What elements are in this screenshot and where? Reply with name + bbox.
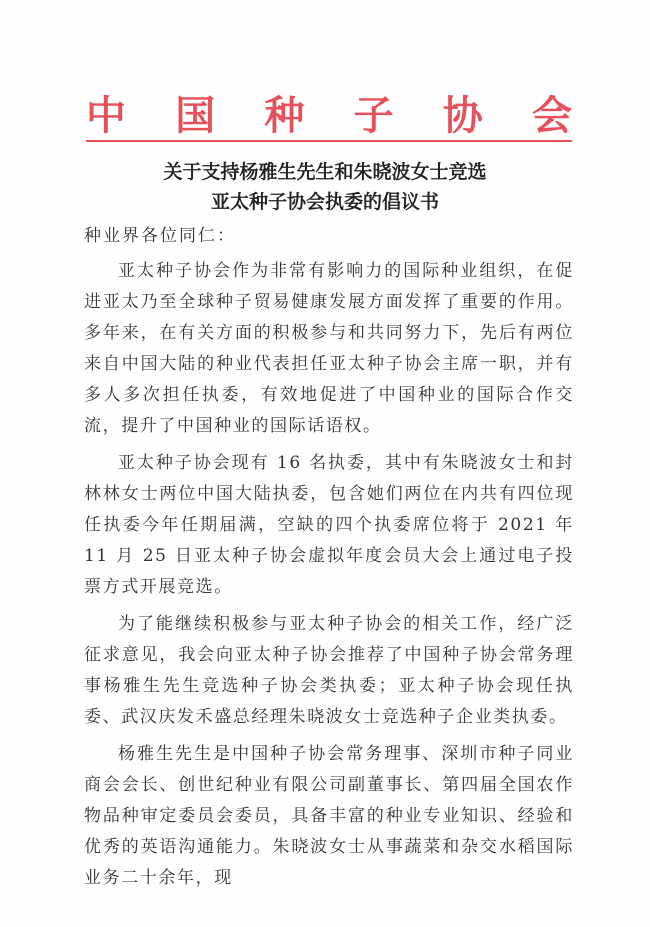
salutation: 种业界各位同仁： <box>84 224 236 248</box>
document-title-line-2: 亚太种子协会执委的倡议书 <box>0 190 650 214</box>
letterhead-char: 会 <box>532 92 572 140</box>
body-paragraph-1: 亚太种子协会作为非常有影响力的国际种业组织，在促进亚太乃至全球种子贸易健康发展方… <box>84 256 574 442</box>
letterhead-char: 协 <box>443 92 483 140</box>
letterhead-divider <box>86 140 572 142</box>
letterhead-char: 种 <box>264 92 304 140</box>
document-body: 亚太种子协会作为非常有影响力的国际种业组织，在促进亚太乃至全球种子贸易健康发展方… <box>84 256 574 900</box>
letterhead-char: 子 <box>354 92 394 140</box>
letterhead-title: 中 国 种 子 协 会 <box>86 92 572 140</box>
document-title-line-1: 关于支持杨雅生先生和朱晓波女士竞选 <box>0 160 650 184</box>
letterhead-char: 国 <box>175 92 215 140</box>
body-paragraph-2: 亚太种子协会现有 16 名执委，其中有朱晓波女士和封林林女士两位中国大陆执委，包… <box>84 448 574 603</box>
letterhead-char: 中 <box>86 92 126 140</box>
body-paragraph-3: 为了能继续积极参与亚太种子协会的相关工作，经广泛征求意见，我会向亚太种子协会推荐… <box>84 609 574 733</box>
body-paragraph-4: 杨雅生先生是中国种子协会常务理事、深圳市种子同业商会会长、创世纪种业有限公司副董… <box>84 739 574 894</box>
document-page: 中 国 种 子 协 会 关于支持杨雅生先生和朱晓波女士竞选 亚太种子协会执委的倡… <box>0 0 650 927</box>
